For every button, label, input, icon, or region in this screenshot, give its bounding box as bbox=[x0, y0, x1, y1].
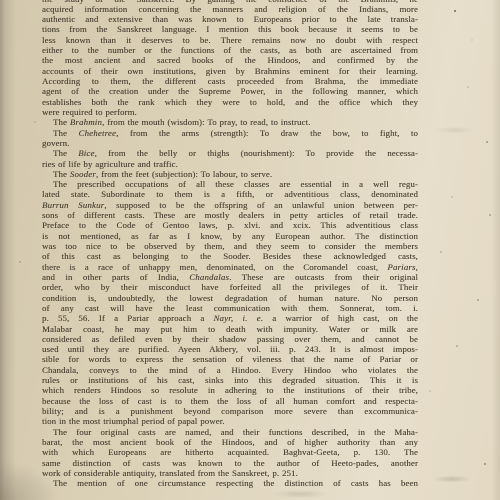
text-line: either to the number or the functions of… bbox=[42, 45, 418, 55]
text-line: ries of life by agriculture and traffic. bbox=[42, 159, 418, 169]
text-line: which renders Hindoos so resolute in adh… bbox=[42, 385, 418, 395]
text-line: acquired information concerning the mann… bbox=[42, 4, 418, 14]
text-line: p. 55, 56. If a Pariar approach a Nayr, … bbox=[42, 313, 418, 323]
text-line: there is a race of unhappy men, denomina… bbox=[42, 262, 418, 272]
text-line: The Brahmin, from the mouth (wisdom): To… bbox=[42, 117, 418, 127]
text-line: the most ancient and sacred books of the… bbox=[42, 55, 418, 65]
text-line: considered as defiled even by their shad… bbox=[42, 334, 418, 344]
text-line: establishes both the rank which they wer… bbox=[42, 97, 418, 107]
text-line: and in other parts of India, Chandalas. … bbox=[42, 272, 418, 282]
text-line: of any cast will have the least communic… bbox=[42, 303, 418, 313]
text-line: of this cast as belonging to the Sooder.… bbox=[42, 251, 418, 261]
text-line: Preface to the Code of Gentoo laws, p. x… bbox=[42, 220, 418, 230]
text-line: Chandala, conveys to the mind of a Hindo… bbox=[42, 365, 418, 375]
text-line: less known than it deserves to be. There… bbox=[42, 35, 418, 45]
text-line: According to them, the different casts p… bbox=[42, 76, 418, 86]
text-line: bility; and is a punishment beyond compa… bbox=[42, 406, 418, 416]
book-page-scan: the study of the Sanskreet. By gaining t… bbox=[0, 0, 500, 500]
text-line: because the loss of cast is to them the … bbox=[42, 396, 418, 406]
text-line: Malabar coast, he may put him to death w… bbox=[42, 324, 418, 334]
text-line: Burrun Sunkur, supposed to be the offspr… bbox=[42, 200, 418, 210]
text-line: sons of different casts. These are mostl… bbox=[42, 210, 418, 220]
text-line: sible for words to express the sensation… bbox=[42, 354, 418, 364]
text-line: tion in the most triumphal period of pap… bbox=[42, 416, 418, 426]
text-line: The Bice, from the belly or thighs (nour… bbox=[42, 148, 418, 158]
text-line: rules or institutions of his cast, sinks… bbox=[42, 375, 418, 385]
text-line: The prescribed occupations of all these … bbox=[42, 179, 418, 189]
text-line: accounts of their own institutions, give… bbox=[42, 66, 418, 76]
text-line: authentic and extensive than was known t… bbox=[42, 14, 418, 24]
text-line: is not mentioned, as far as I know, by a… bbox=[42, 231, 418, 241]
text-line: with which Europeans are hitherto acquai… bbox=[42, 447, 418, 457]
text-line: used until they are purified. Ayeen Akbe… bbox=[42, 344, 418, 354]
text-line: work of considerable antiquity, translat… bbox=[42, 468, 418, 478]
text-line: lated state. Subordinate to them is a fi… bbox=[42, 189, 418, 199]
text-line: tions from the Sanskreet language. I men… bbox=[42, 24, 418, 34]
text-line: agent of the creation under the Supreme … bbox=[42, 86, 418, 96]
text-line: The mention of one circumstance respecti… bbox=[42, 478, 418, 488]
text-line: same distinction of casts was known to t… bbox=[42, 458, 418, 468]
text-line: condition is, undoubtedly, the lowest de… bbox=[42, 293, 418, 303]
page-text: the study of the Sanskreet. By gaining t… bbox=[42, 0, 418, 489]
text-line: was too nice to be observed by them, and… bbox=[42, 241, 418, 251]
text-line: The Sooder, from the feet (subjection): … bbox=[42, 169, 418, 179]
text-line: order, who by their misconduct have forf… bbox=[42, 282, 418, 292]
text-line: were required to perform. bbox=[42, 107, 418, 117]
text-line: The Chehetree, from the arms (strength):… bbox=[42, 128, 418, 138]
text-line: govern. bbox=[42, 138, 418, 148]
text-line: The four original casts are named, and t… bbox=[42, 427, 418, 437]
text-line: barat, the most ancient book of the Hind… bbox=[42, 437, 418, 447]
